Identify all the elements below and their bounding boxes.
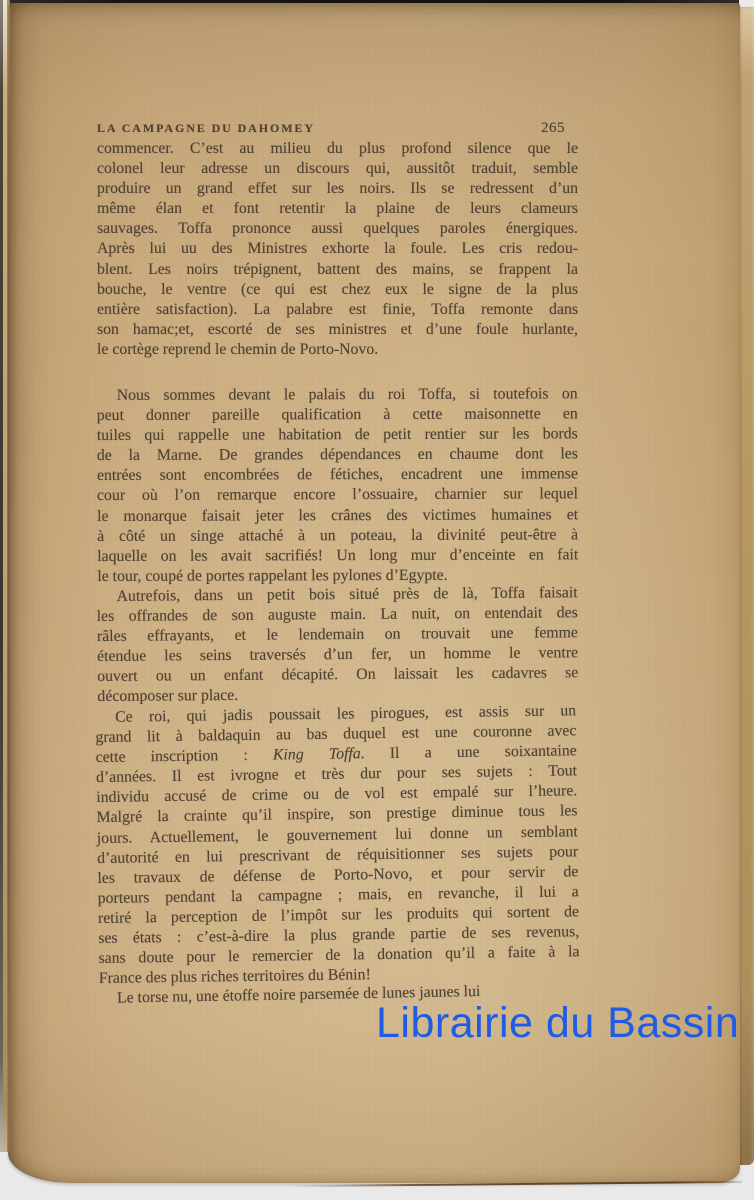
text-line: produire un grand effet sur les noirs. I…: [97, 179, 578, 199]
text-line: cour où l’on remarque encore l’ossuaire,…: [97, 485, 578, 507]
book-photo-scene: LA CAMPAGNE DU DAHOMEY 265 commencer. C’…: [0, 0, 754, 1200]
page-number: 265: [541, 120, 565, 137]
spine-crease-line: [7, 0, 10, 1152]
text-line: le monarque faisait jeter les crânes des…: [97, 505, 578, 527]
text-line: laquelle on les avait sacrifiés! Un long…: [97, 545, 578, 567]
text-line: colonel leur adresse un discours qui, au…: [97, 159, 578, 179]
text-line: tuiles qui rappelle une habitation de pe…: [97, 425, 578, 447]
paragraph: Ce roi, qui jadis poussait les pirogues,…: [95, 701, 580, 989]
text-line: Après lui uu des Ministres exhorte la fo…: [97, 239, 578, 259]
paragraph: Nous sommes devant le palais du roi Toff…: [97, 384, 579, 587]
italic-inscription: King Toffa: [273, 745, 361, 763]
text-line: Nous sommes devant le palais du roi Toff…: [97, 384, 578, 406]
text-line: à côté un singe attaché à un poteau, la …: [97, 525, 578, 547]
text-line: peut donner pareille qualification à cet…: [97, 404, 578, 426]
text-line: bouche, le ventre (ce qui est chez eux l…: [97, 280, 578, 300]
text-line: le cortège reprend le chemin de Porto-No…: [97, 340, 578, 360]
running-title: LA CAMPAGNE DU DAHOMEY: [97, 121, 315, 136]
paragraph: Autrefois, dans un petit bois situé près…: [97, 583, 579, 707]
text-line: commencer. C’est au milieu du plus profo…: [97, 139, 578, 159]
text-line: sauvages. Toffa prononce aussi quelques …: [97, 219, 578, 239]
page-header: LA CAMPAGNE DU DAHOMEY 265: [97, 120, 578, 137]
text-line: blent. Les noirs trépignent, battent des…: [97, 260, 578, 280]
paragraph: commencer. C’est au milieu du plus profo…: [97, 139, 578, 360]
text-line: entrées sont encombrées de fétiches, enc…: [97, 465, 578, 487]
book-spine-edge: [0, 0, 10, 1152]
text-line: de la Marne. De grandes dépendances en c…: [97, 445, 578, 467]
page-text: commencer. C’est au milieu du plus profo…: [97, 139, 578, 1009]
text-line: son hamac;et, escorté de ses ministres e…: [97, 320, 578, 340]
text-line: même élan et font retentir la plaine de …: [97, 199, 578, 219]
watermark-text: Librairie du Bassin: [376, 999, 739, 1048]
text-line: entière satisfaction). La palabre est fi…: [97, 300, 578, 320]
